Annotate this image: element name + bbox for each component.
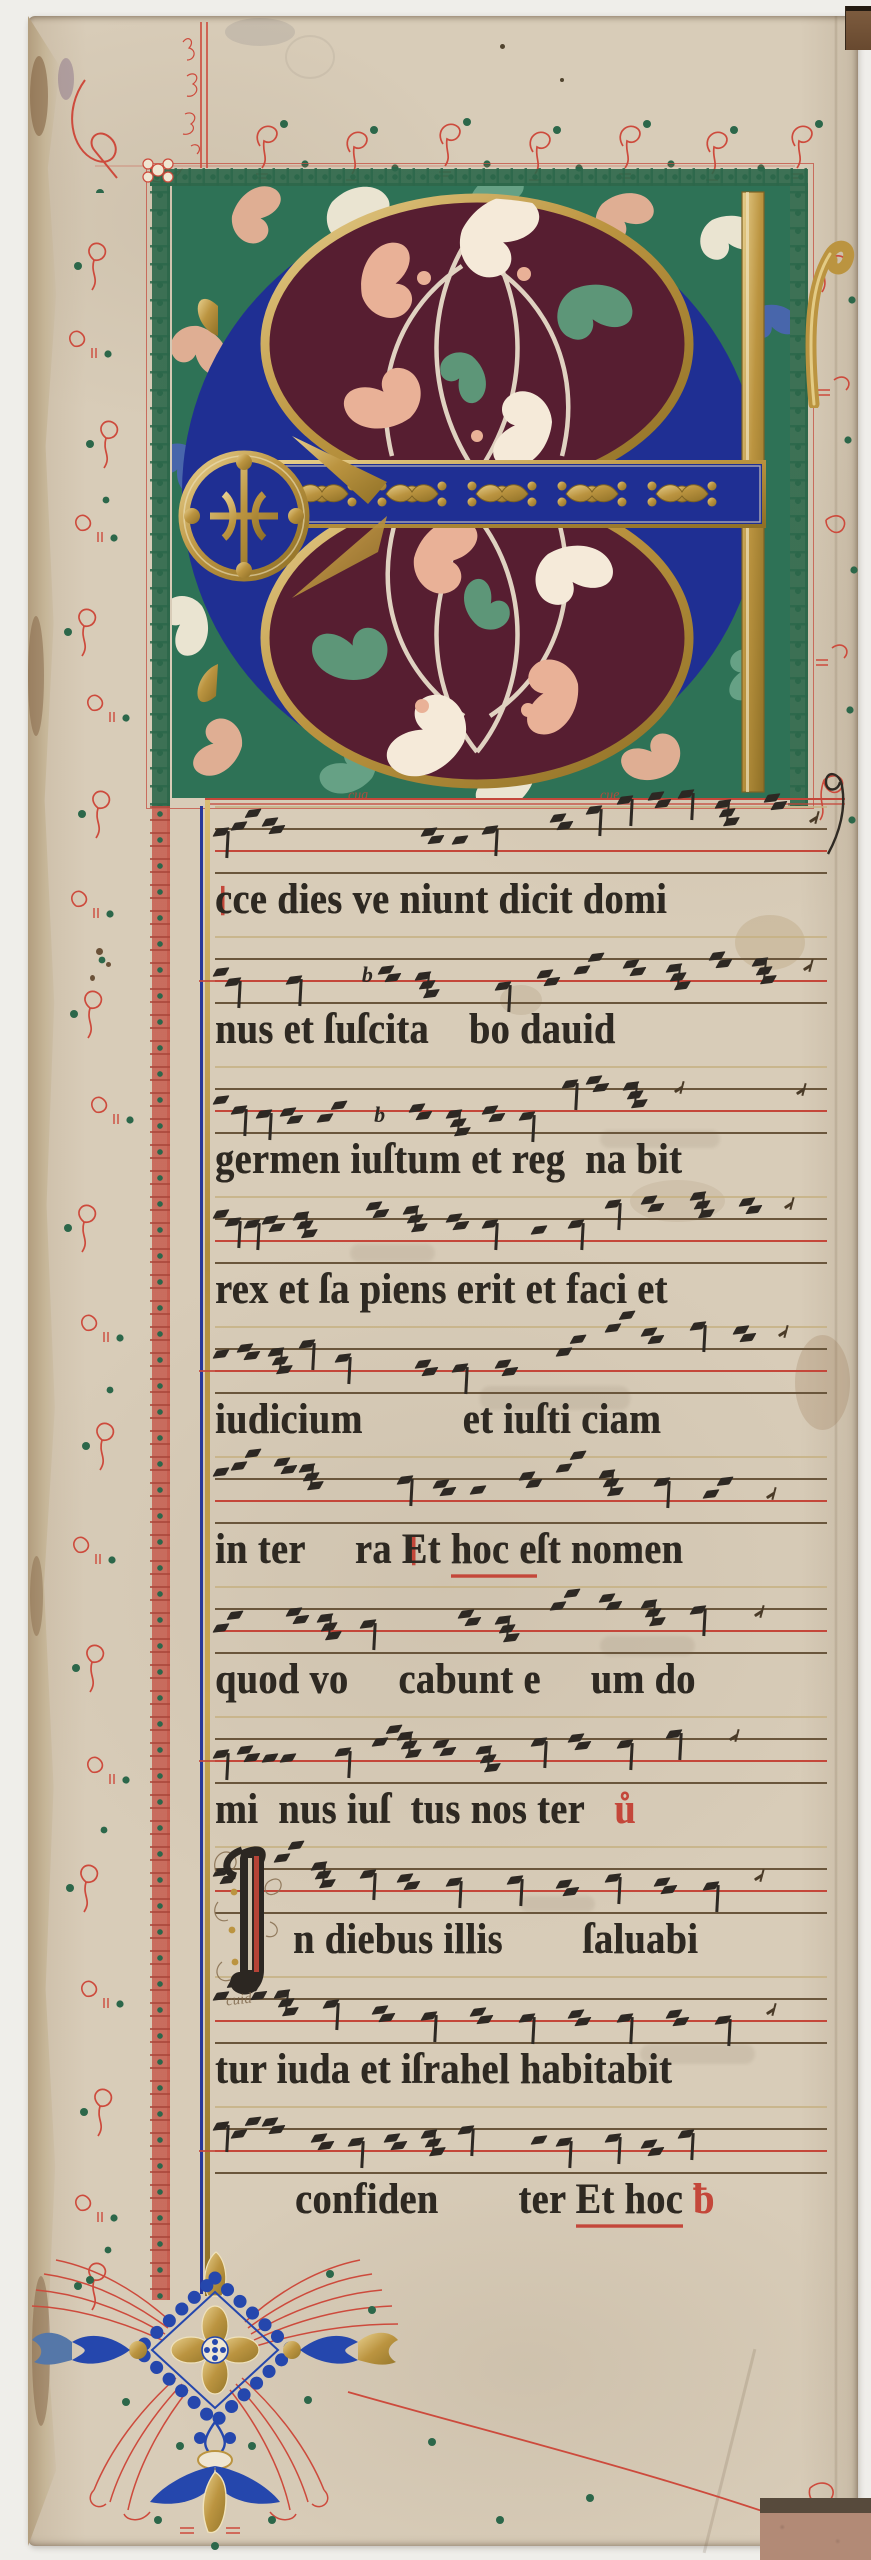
neume (337, 1354, 349, 1363)
staff: b (215, 1066, 827, 1136)
neume (711, 952, 723, 961)
lyric-segment: iudicium et iuſti ciam (215, 1396, 661, 1443)
neume (276, 1458, 288, 1467)
lyric-segment: germen iuſtum et reg na bit (215, 1136, 682, 1183)
neume (374, 1738, 386, 1747)
lyric-segment: tur iuda et iſrahel habitabit (215, 2046, 672, 2093)
neume (239, 1746, 251, 1755)
neume (570, 1220, 582, 1229)
staff-line-red (215, 980, 827, 982)
neume (650, 792, 662, 801)
chain-border-left-upper (150, 186, 170, 806)
neume (552, 1602, 564, 1611)
custos (778, 1332, 790, 1341)
neume (588, 1076, 600, 1085)
neume (570, 1734, 582, 1743)
neume (472, 1486, 484, 1495)
neume (484, 826, 496, 835)
neume (362, 1870, 374, 1879)
neume (680, 2130, 692, 2139)
neume (215, 1624, 227, 1633)
neume (539, 970, 551, 979)
neume (399, 1874, 411, 1883)
lyric-line: tur iuda et iſrahel habitabit (215, 2048, 851, 2091)
neume (454, 1364, 466, 1373)
staff-line-brown (215, 872, 827, 874)
lyric-line: rex et ſa piens erit et faci et (215, 1268, 851, 1311)
neume (215, 1210, 227, 1219)
staff-line-brown (215, 1912, 827, 1914)
neume (399, 1476, 411, 1485)
custos (803, 966, 815, 975)
neume (668, 1730, 680, 1739)
flat-sign: b (362, 962, 373, 988)
staff (215, 1716, 827, 1786)
neume (601, 1470, 613, 1479)
staff (215, 1326, 827, 1396)
lyric-line: n diebus illis ſaluabi (215, 1918, 871, 1961)
neume (258, 1110, 270, 1119)
staff-line-overrun (199, 1370, 217, 1372)
neume (215, 968, 227, 977)
custos (766, 2010, 778, 2019)
staff-line-tan (215, 1456, 827, 1458)
neume (246, 1220, 258, 1229)
custos (809, 818, 821, 827)
neume (233, 1462, 245, 1471)
lyric-line: mi nus iuſ tus nos ter ů (215, 1788, 851, 1831)
neume (301, 1464, 313, 1473)
edge-damage (28, 616, 44, 736)
custos (674, 1088, 686, 1097)
neume (227, 978, 239, 987)
cadel-initial-I (208, 1842, 288, 2012)
corner-rosette (138, 150, 178, 190)
staff-line-red (215, 1760, 827, 1762)
neume (374, 2006, 386, 2015)
clamp-weight (760, 2513, 871, 2560)
neume (233, 1106, 245, 1115)
neume (368, 1202, 380, 1211)
neume (472, 2008, 484, 2017)
neume (754, 958, 766, 967)
neume (766, 794, 778, 803)
neume (350, 2138, 362, 2147)
neume (288, 976, 300, 985)
clamp-bar (760, 2498, 871, 2513)
neume (454, 836, 466, 845)
neume (717, 2016, 729, 2025)
staff-line-brown (215, 1132, 827, 1134)
neume (607, 1200, 619, 1209)
staff-line-brown (215, 2042, 827, 2044)
staff (215, 806, 827, 876)
neume (619, 2014, 631, 2023)
lyric-line: confiden ter Et hoc ƀ (215, 2178, 851, 2221)
staff-line-red (215, 1630, 827, 1632)
neume (705, 1490, 717, 1499)
chain-border-top (150, 168, 808, 186)
neume (264, 1216, 276, 1225)
custos (729, 1736, 741, 1745)
neume (405, 1206, 417, 1215)
neume (215, 1750, 227, 1759)
neume (497, 1360, 509, 1369)
lyric-segment: ſt nomen (537, 1526, 684, 1573)
staff-line-tan (215, 2106, 827, 2108)
neume (270, 1348, 282, 1357)
custos (796, 1090, 808, 1099)
illuminated-initial-panel (172, 186, 790, 798)
lyric-segment: n diebus illis ſaluabi (293, 1916, 698, 1963)
panel-underline (205, 798, 845, 800)
neume (619, 1740, 631, 1749)
neume (625, 1082, 637, 1091)
lyric-segment: confiden ter (215, 2176, 576, 2223)
staff (215, 1456, 827, 1526)
neume (337, 1748, 349, 1757)
neume (643, 2140, 655, 2149)
neume (227, 1218, 239, 1227)
initial-gold-hook (792, 238, 862, 408)
column-rule-gold (205, 800, 210, 2296)
lyric-segment: quod vo cabunt e um do (215, 1656, 696, 1703)
lyric-segment: ů (614, 1786, 636, 1833)
left-margin-flourishes (46, 200, 156, 2320)
staff-line-brown (215, 2128, 827, 2130)
lyric-segment: Et hoc (576, 2176, 684, 2228)
lyric-segment: hoc e (451, 1526, 537, 1578)
neume (619, 796, 631, 805)
staff-line-tan (215, 1716, 827, 1718)
staff-line-overrun (199, 980, 217, 982)
staff-line-brown (215, 828, 827, 830)
neume (625, 960, 637, 969)
staff-line-brown (215, 1262, 827, 1264)
neume (448, 1878, 460, 1887)
neume (668, 2010, 680, 2019)
staff-line-tan (215, 1846, 827, 1848)
neume (643, 1600, 655, 1609)
custos (754, 1876, 766, 1885)
flat-sign: b (374, 1102, 385, 1128)
staff-line-tan (215, 806, 827, 808)
neume (460, 2126, 472, 2135)
neume (680, 790, 692, 799)
neume (423, 2012, 435, 2021)
lyric-line: cce dies ve niunt dicit domi (215, 878, 851, 921)
neume (423, 828, 435, 837)
neume (264, 2118, 276, 2127)
neume (484, 1220, 496, 1229)
staff-line-tan (215, 1586, 827, 1588)
neume (319, 1114, 331, 1123)
manuscript-photo: cua cue cce dies ve niunt dicit domibnus… (0, 0, 871, 2560)
edge-damage (30, 56, 48, 136)
neume (656, 1878, 668, 1887)
staff-line-brown (215, 1782, 827, 1784)
neume (423, 2130, 435, 2139)
staff-line-brown (215, 1998, 827, 2000)
staff (215, 2106, 827, 2176)
neume (215, 2122, 227, 2131)
neume (264, 818, 276, 827)
lyric-segment: in ter ra (215, 1526, 402, 1573)
staff-line-tan (215, 1196, 827, 1198)
neume (215, 828, 227, 837)
staff (215, 1846, 827, 1916)
neume (521, 1112, 533, 1121)
staff-line-brown (215, 1392, 827, 1394)
neume (705, 1882, 717, 1891)
neume (313, 1862, 325, 1871)
neume (448, 1110, 460, 1119)
edge-damage (30, 1556, 43, 1636)
neume (448, 1214, 460, 1223)
staff-line-brown (215, 1868, 827, 1870)
neume (552, 814, 564, 823)
neume (558, 1348, 570, 1357)
neume (576, 966, 588, 975)
custos (766, 1494, 778, 1503)
neume (282, 1108, 294, 1117)
neume (325, 2000, 337, 2009)
neume (588, 806, 600, 815)
neume (692, 1606, 704, 1615)
neume (435, 1480, 447, 1489)
neume (533, 1226, 545, 1235)
custos (754, 1612, 766, 1621)
neume (558, 2138, 570, 2147)
lyric-segment: nus et ſuſcita bo dauid (215, 1006, 616, 1053)
lyric-segment (683, 2176, 693, 2223)
lyric-segment: mi nus iuſ tus nos ter (215, 1786, 614, 1833)
custos (784, 1204, 796, 1213)
staff-line-red (215, 1240, 827, 1242)
neume (735, 1326, 747, 1335)
lyric-line: nus et ſuſcita bo dauid (215, 1008, 851, 1051)
neume (717, 800, 729, 809)
staff (215, 1196, 827, 1266)
neume (692, 1322, 704, 1331)
neume (215, 1096, 227, 1105)
neume (558, 1464, 570, 1473)
neume (233, 2130, 245, 2139)
chain-border-left-lower (150, 806, 170, 2300)
staff-line-brown (215, 1088, 827, 1090)
neume (692, 1192, 704, 1201)
lyric-segment: rex et ſa piens erit et faci et (215, 1266, 668, 1313)
neume (288, 1608, 300, 1617)
staff-line-brown (215, 2172, 827, 2174)
staff (215, 1976, 827, 2046)
neume (564, 1080, 576, 1089)
neume (362, 1620, 374, 1629)
neume (435, 1740, 447, 1749)
lyric-line: iudicium et iuſti ciam (215, 1398, 851, 1441)
lyric-segment: t (428, 1526, 451, 1573)
staff-line-overrun (199, 1760, 217, 1762)
staff-line-red (215, 1370, 827, 1372)
neume (497, 1616, 509, 1625)
neume (386, 2134, 398, 2143)
staff-line-brown (215, 1522, 827, 1524)
neume (601, 1594, 613, 1603)
staff-line-overrun (199, 2150, 217, 2152)
lyric-line: quod vo cabunt e um do (215, 1658, 851, 1701)
staff-line-brown (215, 1002, 827, 1004)
neume (521, 2014, 533, 2023)
neume (380, 966, 392, 975)
staff-line-tan (215, 936, 827, 938)
column-rule-blue (200, 806, 203, 2294)
staff-line-red (215, 1500, 827, 1502)
neume (417, 972, 429, 981)
panel-underline (205, 803, 845, 805)
neume (215, 1468, 227, 1477)
lyric-segment: ce dies ve niunt dicit domi (232, 876, 667, 923)
neume (607, 1874, 619, 1883)
cadel-pen-scribble: cuid (225, 1990, 253, 2010)
neume (668, 964, 680, 973)
staff (215, 1586, 827, 1656)
lyric-segment: E (402, 1526, 428, 1573)
staff-line-brown (215, 1652, 827, 1654)
staff-line-tan (215, 1066, 827, 1068)
neume (313, 2134, 325, 2143)
neume (533, 2136, 545, 2145)
guide-scribble: cua (348, 788, 369, 805)
neume (399, 1732, 411, 1741)
neume (295, 1212, 307, 1221)
staff-line-brown (215, 1608, 827, 1610)
lyric-line: germen iuſtum et reg na bit (215, 1138, 851, 1181)
neume (301, 1340, 313, 1349)
neume (643, 1196, 655, 1205)
neume (484, 1106, 496, 1115)
lyric-segment: c (215, 876, 232, 923)
neume (521, 1472, 533, 1481)
neume (215, 1350, 227, 1359)
neume (607, 1324, 619, 1333)
neume (558, 1880, 570, 1889)
staff-line-brown (215, 958, 827, 960)
neume (509, 1876, 521, 1885)
neume (497, 982, 509, 991)
wood-binding-tab (845, 6, 871, 50)
lyric-line: in ter ra Et hoc eſt nomen (215, 1528, 851, 1571)
neume (741, 1198, 753, 1207)
neume (643, 1328, 655, 1337)
neume (478, 1746, 490, 1755)
neume (607, 2134, 619, 2143)
staff-line-red (215, 2150, 827, 2152)
staff: b (215, 936, 827, 1006)
neume (233, 822, 245, 831)
neume (239, 1344, 251, 1353)
neume (533, 1738, 545, 1747)
neume (460, 1610, 472, 1619)
neume (411, 1104, 423, 1113)
staff-line-red (215, 850, 827, 852)
neume (319, 1614, 331, 1623)
lyric-segment: ƀ (693, 2176, 715, 2223)
neume (656, 1478, 668, 1487)
neume (264, 1754, 276, 1763)
neume (570, 2010, 582, 2019)
neume (282, 1754, 294, 1763)
staff-line-tan (215, 1976, 827, 1978)
neume (417, 1360, 429, 1369)
